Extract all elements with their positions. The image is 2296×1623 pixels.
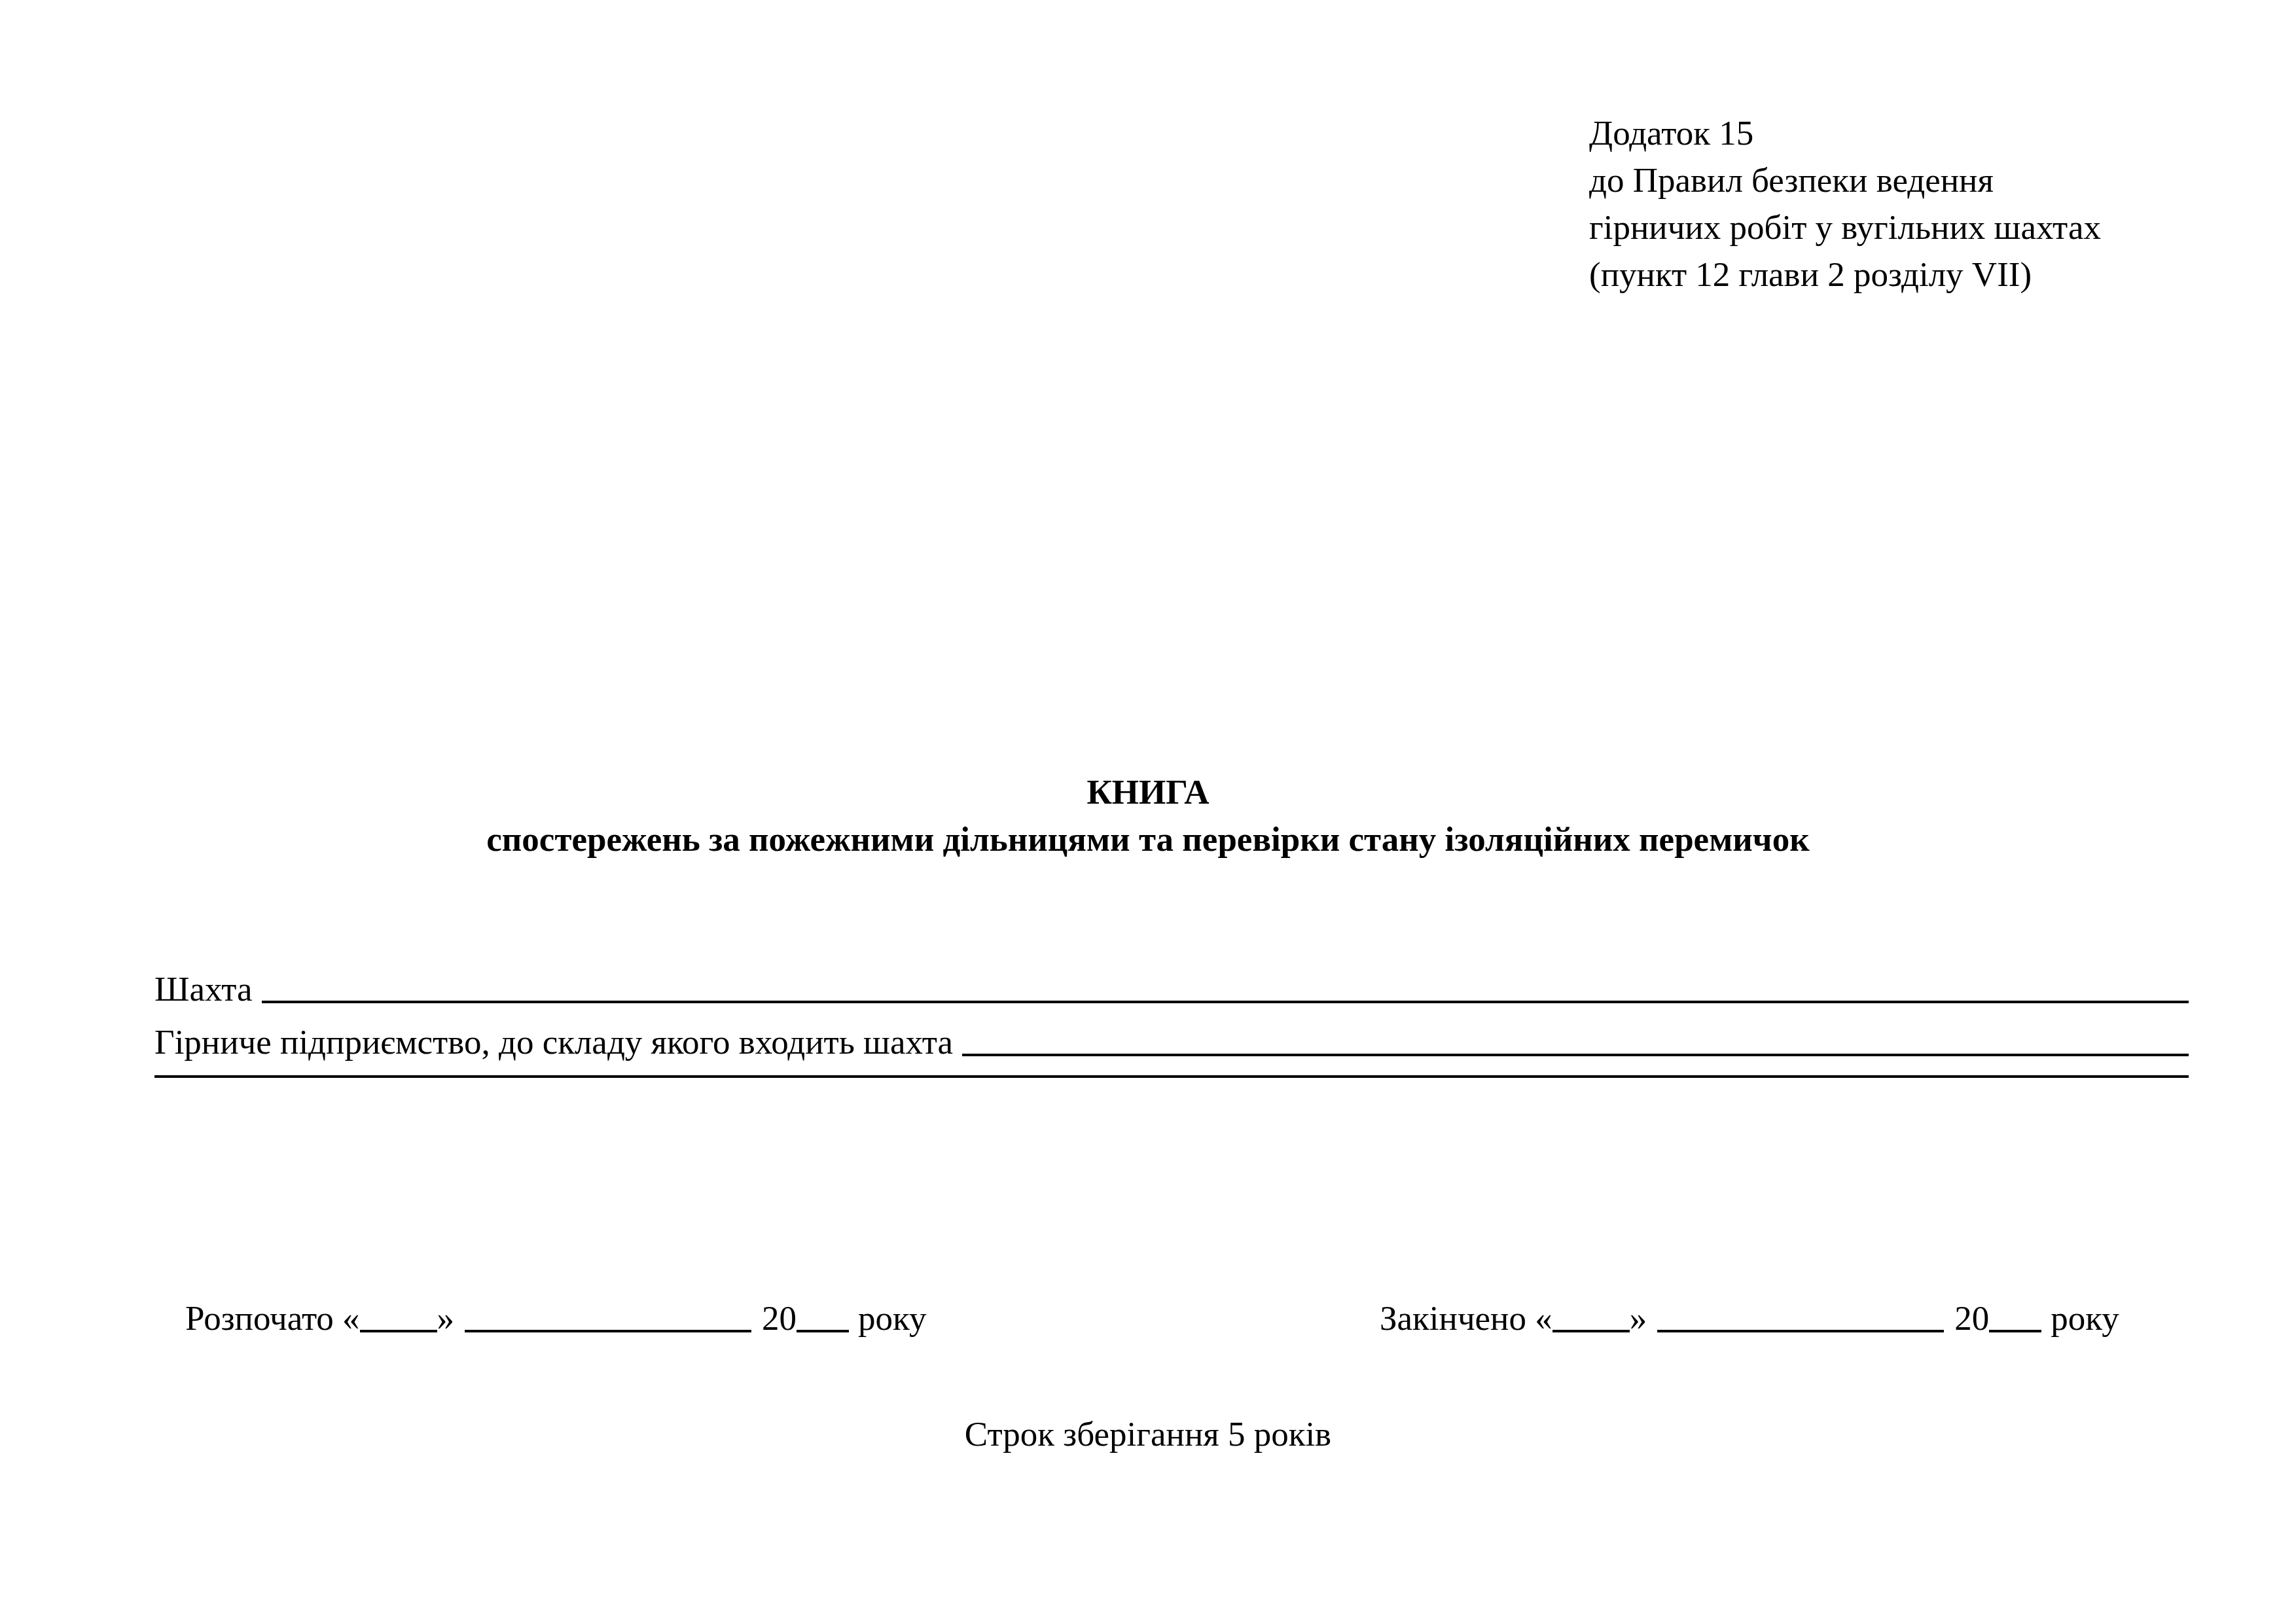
document-title: КНИГА спостережень за пожежними дільниця… — [0, 769, 2296, 863]
mine-field-row: Шахта — [154, 970, 2189, 1009]
appendix-line-rules: до Правил безпеки ведення — [1589, 157, 2101, 204]
enterprise-field-row: Гірниче підприємство, до складу якого вх… — [154, 1023, 2189, 1062]
start-date-label: Розпочато — [185, 1299, 334, 1338]
mine-field[interactable] — [262, 1001, 2189, 1003]
start-year-field[interactable] — [797, 1330, 849, 1332]
retention-period: Строк зберігання 5 років — [0, 1415, 2296, 1454]
enterprise-field-continuation[interactable] — [154, 1075, 2189, 1078]
title-subheading: спостережень за пожежними дільницями та … — [0, 816, 2296, 863]
appendix-reference: Додаток 15 до Правил безпеки ведення гір… — [1589, 110, 2101, 298]
start-date-line: Розпочато « » 20 року — [185, 1299, 927, 1338]
start-day-field[interactable] — [360, 1330, 437, 1332]
start-open-quote: « — [342, 1299, 360, 1338]
end-century: 20 — [1954, 1299, 1989, 1338]
appendix-line-number: Додаток 15 — [1589, 110, 2101, 157]
enterprise-label: Гірниче підприємство, до складу якого вх… — [154, 1023, 962, 1062]
end-day-field[interactable] — [1552, 1330, 1630, 1332]
appendix-line-scope: гірничих робіт у вугільних шахтах — [1589, 204, 2101, 251]
end-month-field[interactable] — [1657, 1330, 1944, 1332]
start-month-field[interactable] — [465, 1330, 751, 1332]
start-century: 20 — [762, 1299, 797, 1338]
appendix-line-clause: (пункт 12 глави 2 розділу VII) — [1589, 251, 2101, 298]
enterprise-field-continuation-row — [154, 1075, 2189, 1078]
end-date-line: Закінчено « » 20 року — [1380, 1299, 2119, 1338]
start-close-quote: » — [437, 1299, 455, 1338]
mine-label: Шахта — [154, 970, 262, 1009]
start-year-word: року — [858, 1299, 927, 1338]
end-year-word: року — [2051, 1299, 2119, 1338]
end-year-field[interactable] — [1989, 1330, 2041, 1332]
end-date-label: Закінчено — [1380, 1299, 1526, 1338]
end-close-quote: » — [1630, 1299, 1647, 1338]
end-open-quote: « — [1535, 1299, 1552, 1338]
enterprise-field[interactable] — [962, 1054, 2189, 1056]
title-heading: КНИГА — [0, 769, 2296, 816]
